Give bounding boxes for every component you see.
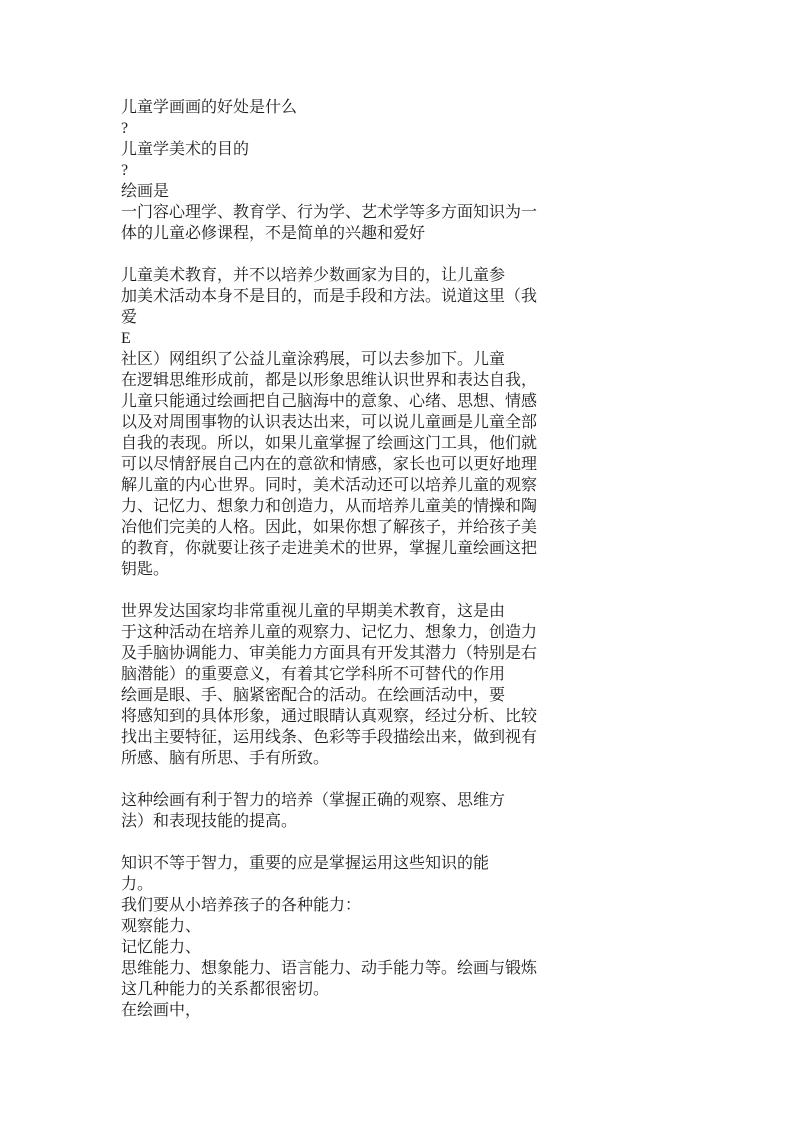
text-line: 记忆能力、 <box>121 937 571 958</box>
text-line: 在绘画中， <box>121 1000 571 1021</box>
text-line: 力、记忆力、想象力和创造力，从而培养儿童美的情操和陶 <box>121 496 571 517</box>
paragraph-3: 世界发达国家均非常重视儿童的早期美术教育，这是由于这种活动在培养儿童的观察力、记… <box>121 601 571 769</box>
document-page: 儿童学画画的好处是什么?儿童学美术的目的?绘画是一门容心理学、教育学、行为学、艺… <box>0 0 800 1132</box>
text-line: 将感知到的具体形象，通过眼睛认真观察，经过分析、比较 <box>121 706 571 727</box>
text-line: 在逻辑思维形成前，都是以形象思维认识世界和表达自我， <box>121 370 571 391</box>
text-line: 及手脑协调能力、审美能力方面具有开发其潜力（特别是右 <box>121 643 571 664</box>
text-line: 社区）网组织了公益儿童涂鸦展，可以去参加下。儿童 <box>121 349 571 370</box>
text-line: 我们要从小培养孩子的各种能力： <box>121 895 571 916</box>
text-line: ? <box>121 118 571 139</box>
text-line: 所感、脑有所思、手有所致。 <box>121 748 571 769</box>
text-line: 加美术活动本身不是目的，而是手段和方法。说道这里（我 <box>121 286 571 307</box>
text-line: 法）和表现技能的提高。 <box>121 811 571 832</box>
text-line: 以及对周围事物的认识表达出来，可以说儿童画是儿童全部 <box>121 412 571 433</box>
text-line: 的教育，你就要让孩子走进美术的世界，掌握儿童绘画这把 <box>121 538 571 559</box>
text-line: 找出主要特征，运用线条、色彩等手段描绘出来，做到视有 <box>121 727 571 748</box>
text-line: 知识不等于智力，重要的应是掌握运用这些知识的能 <box>121 853 571 874</box>
text-line: 爱 <box>121 307 571 328</box>
text-line: 儿童学美术的目的 <box>121 139 571 160</box>
text-line: 儿童学画画的好处是什么 <box>121 97 571 118</box>
paragraph-2: 儿童美术教育，并不以培养少数画家为目的，让儿童参加美术活动本身不是目的，而是手段… <box>121 265 571 580</box>
text-line: 力。 <box>121 874 571 895</box>
text-line: E <box>121 328 571 349</box>
text-line: 这几种能力的关系都很密切。 <box>121 979 571 1000</box>
paragraph-4: 这种绘画有利于智力的培养（掌握正确的观察、思维方法）和表现技能的提高。 <box>121 790 571 832</box>
text-line: 这种绘画有利于智力的培养（掌握正确的观察、思维方 <box>121 790 571 811</box>
text-line: 绘画是眼、手、脑紧密配合的活动。在绘画活动中，要 <box>121 685 571 706</box>
text-line: 儿童美术教育，并不以培养少数画家为目的，让儿童参 <box>121 265 571 286</box>
text-line: 观察能力、 <box>121 916 571 937</box>
text-line: 绘画是 <box>121 181 571 202</box>
paragraph-5: 知识不等于智力，重要的应是掌握运用这些知识的能力。我们要从小培养孩子的各种能力：… <box>121 853 571 1021</box>
text-line: 可以尽情舒展自己内在的意欲和情感，家长也可以更好地理 <box>121 454 571 475</box>
text-line: 于这种活动在培养儿童的观察力、记忆力、想象力，创造力 <box>121 622 571 643</box>
paragraph-1: 儿童学画画的好处是什么?儿童学美术的目的?绘画是一门容心理学、教育学、行为学、艺… <box>121 97 571 244</box>
text-line: 世界发达国家均非常重视儿童的早期美术教育，这是由 <box>121 601 571 622</box>
text-line: ? <box>121 160 571 181</box>
text-line: 儿童只能通过绘画把自己脑海中的意象、心绪、思想、情感 <box>121 391 571 412</box>
text-line: 钥匙。 <box>121 559 571 580</box>
text-line: 一门容心理学、教育学、行为学、艺术学等多方面知识为一 <box>121 202 571 223</box>
text-line: 自我的表现。所以，如果儿童掌握了绘画这门工具，他们就 <box>121 433 571 454</box>
text-line: 冶他们完美的人格。因此，如果你想了解孩子，并给孩子美 <box>121 517 571 538</box>
document-text-block: 儿童学画画的好处是什么?儿童学美术的目的?绘画是一门容心理学、教育学、行为学、艺… <box>121 97 571 1021</box>
text-line: 脑潜能）的重要意义，有着其它学科所不可替代的作用 <box>121 664 571 685</box>
text-line: 思维能力、想象能力、语言能力、动手能力等。绘画与锻炼 <box>121 958 571 979</box>
text-line: 解儿童的内心世界。同时，美术活动还可以培养儿童的观察 <box>121 475 571 496</box>
text-line: 体的儿童必修课程，不是简单的兴趣和爱好 <box>121 223 571 244</box>
